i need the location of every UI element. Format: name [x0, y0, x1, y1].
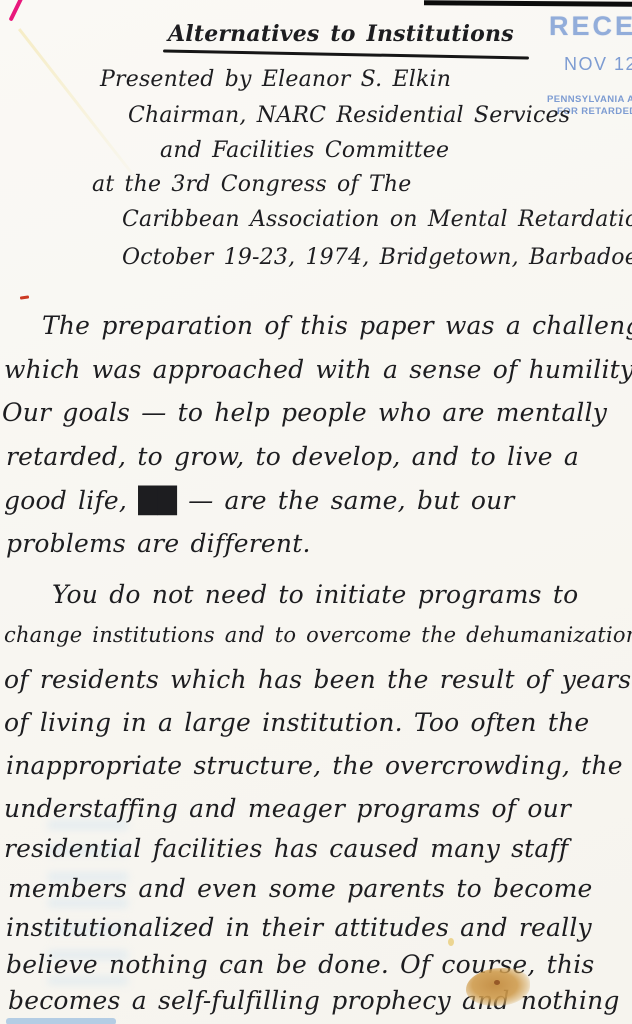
byline-event: at the 3rd Congress of The	[92, 173, 411, 197]
red-mark-artifact	[20, 295, 29, 299]
handwritten-line: members and even some parents to become	[8, 875, 593, 903]
scan-edge-blue-strip	[6, 1018, 116, 1024]
handwritten-line: of living in a large institution. Too of…	[4, 709, 589, 737]
scanned-manuscript-page: RECEI NOV 12 PENNSYLVANIA A FOR RETARDED…	[0, 0, 632, 1024]
handwritten-line: change institutions and to overcome the …	[4, 624, 632, 647]
handwritten-line: problems are different.	[6, 530, 311, 558]
title-underline	[163, 49, 529, 59]
byline-association: Caribbean Association on Mental Retardat…	[122, 208, 632, 232]
byline-presenter: Presented by Eleanor S. Elkin	[100, 68, 451, 92]
byline-committee: and Facilities Committee	[160, 139, 449, 163]
coffee-stain-dot	[494, 980, 500, 985]
received-stamp-date: NOV 12	[564, 54, 632, 75]
handwritten-line: understaffing and meager programs of our	[4, 795, 571, 823]
pink-pen-mark	[9, 0, 24, 22]
handwritten-line: which was approached with a sense of hum…	[4, 356, 632, 384]
document-title: Alternatives to Institutions	[168, 22, 514, 46]
byline-role: Chairman, NARC Residential Services	[128, 104, 570, 128]
handwritten-line: Our goals — to help people who are menta…	[2, 399, 607, 427]
scan-crease-line	[424, 0, 632, 7]
handwritten-line: The preparation of this paper was a chal…	[42, 312, 632, 340]
received-stamp-word: RECEI	[549, 11, 632, 42]
handwritten-line: You do not need to initiate programs to	[52, 581, 578, 609]
handwritten-line: inappropriate structure, the overcrowdin…	[6, 752, 623, 780]
handwritten-line: of residents which has been the result o…	[4, 666, 631, 694]
handwritten-line: residential facilities has caused many s…	[4, 835, 568, 863]
byline-date-place: October 19-23, 1974, Bridgetown, Barbado…	[122, 246, 632, 270]
handwritten-line-with-scribble: good life, ██ — are the same, but our	[4, 487, 515, 515]
handwritten-line: retarded, to grow, to develop, and to li…	[6, 443, 579, 471]
handwritten-line: institutionalized in their attitudes and…	[6, 914, 592, 942]
